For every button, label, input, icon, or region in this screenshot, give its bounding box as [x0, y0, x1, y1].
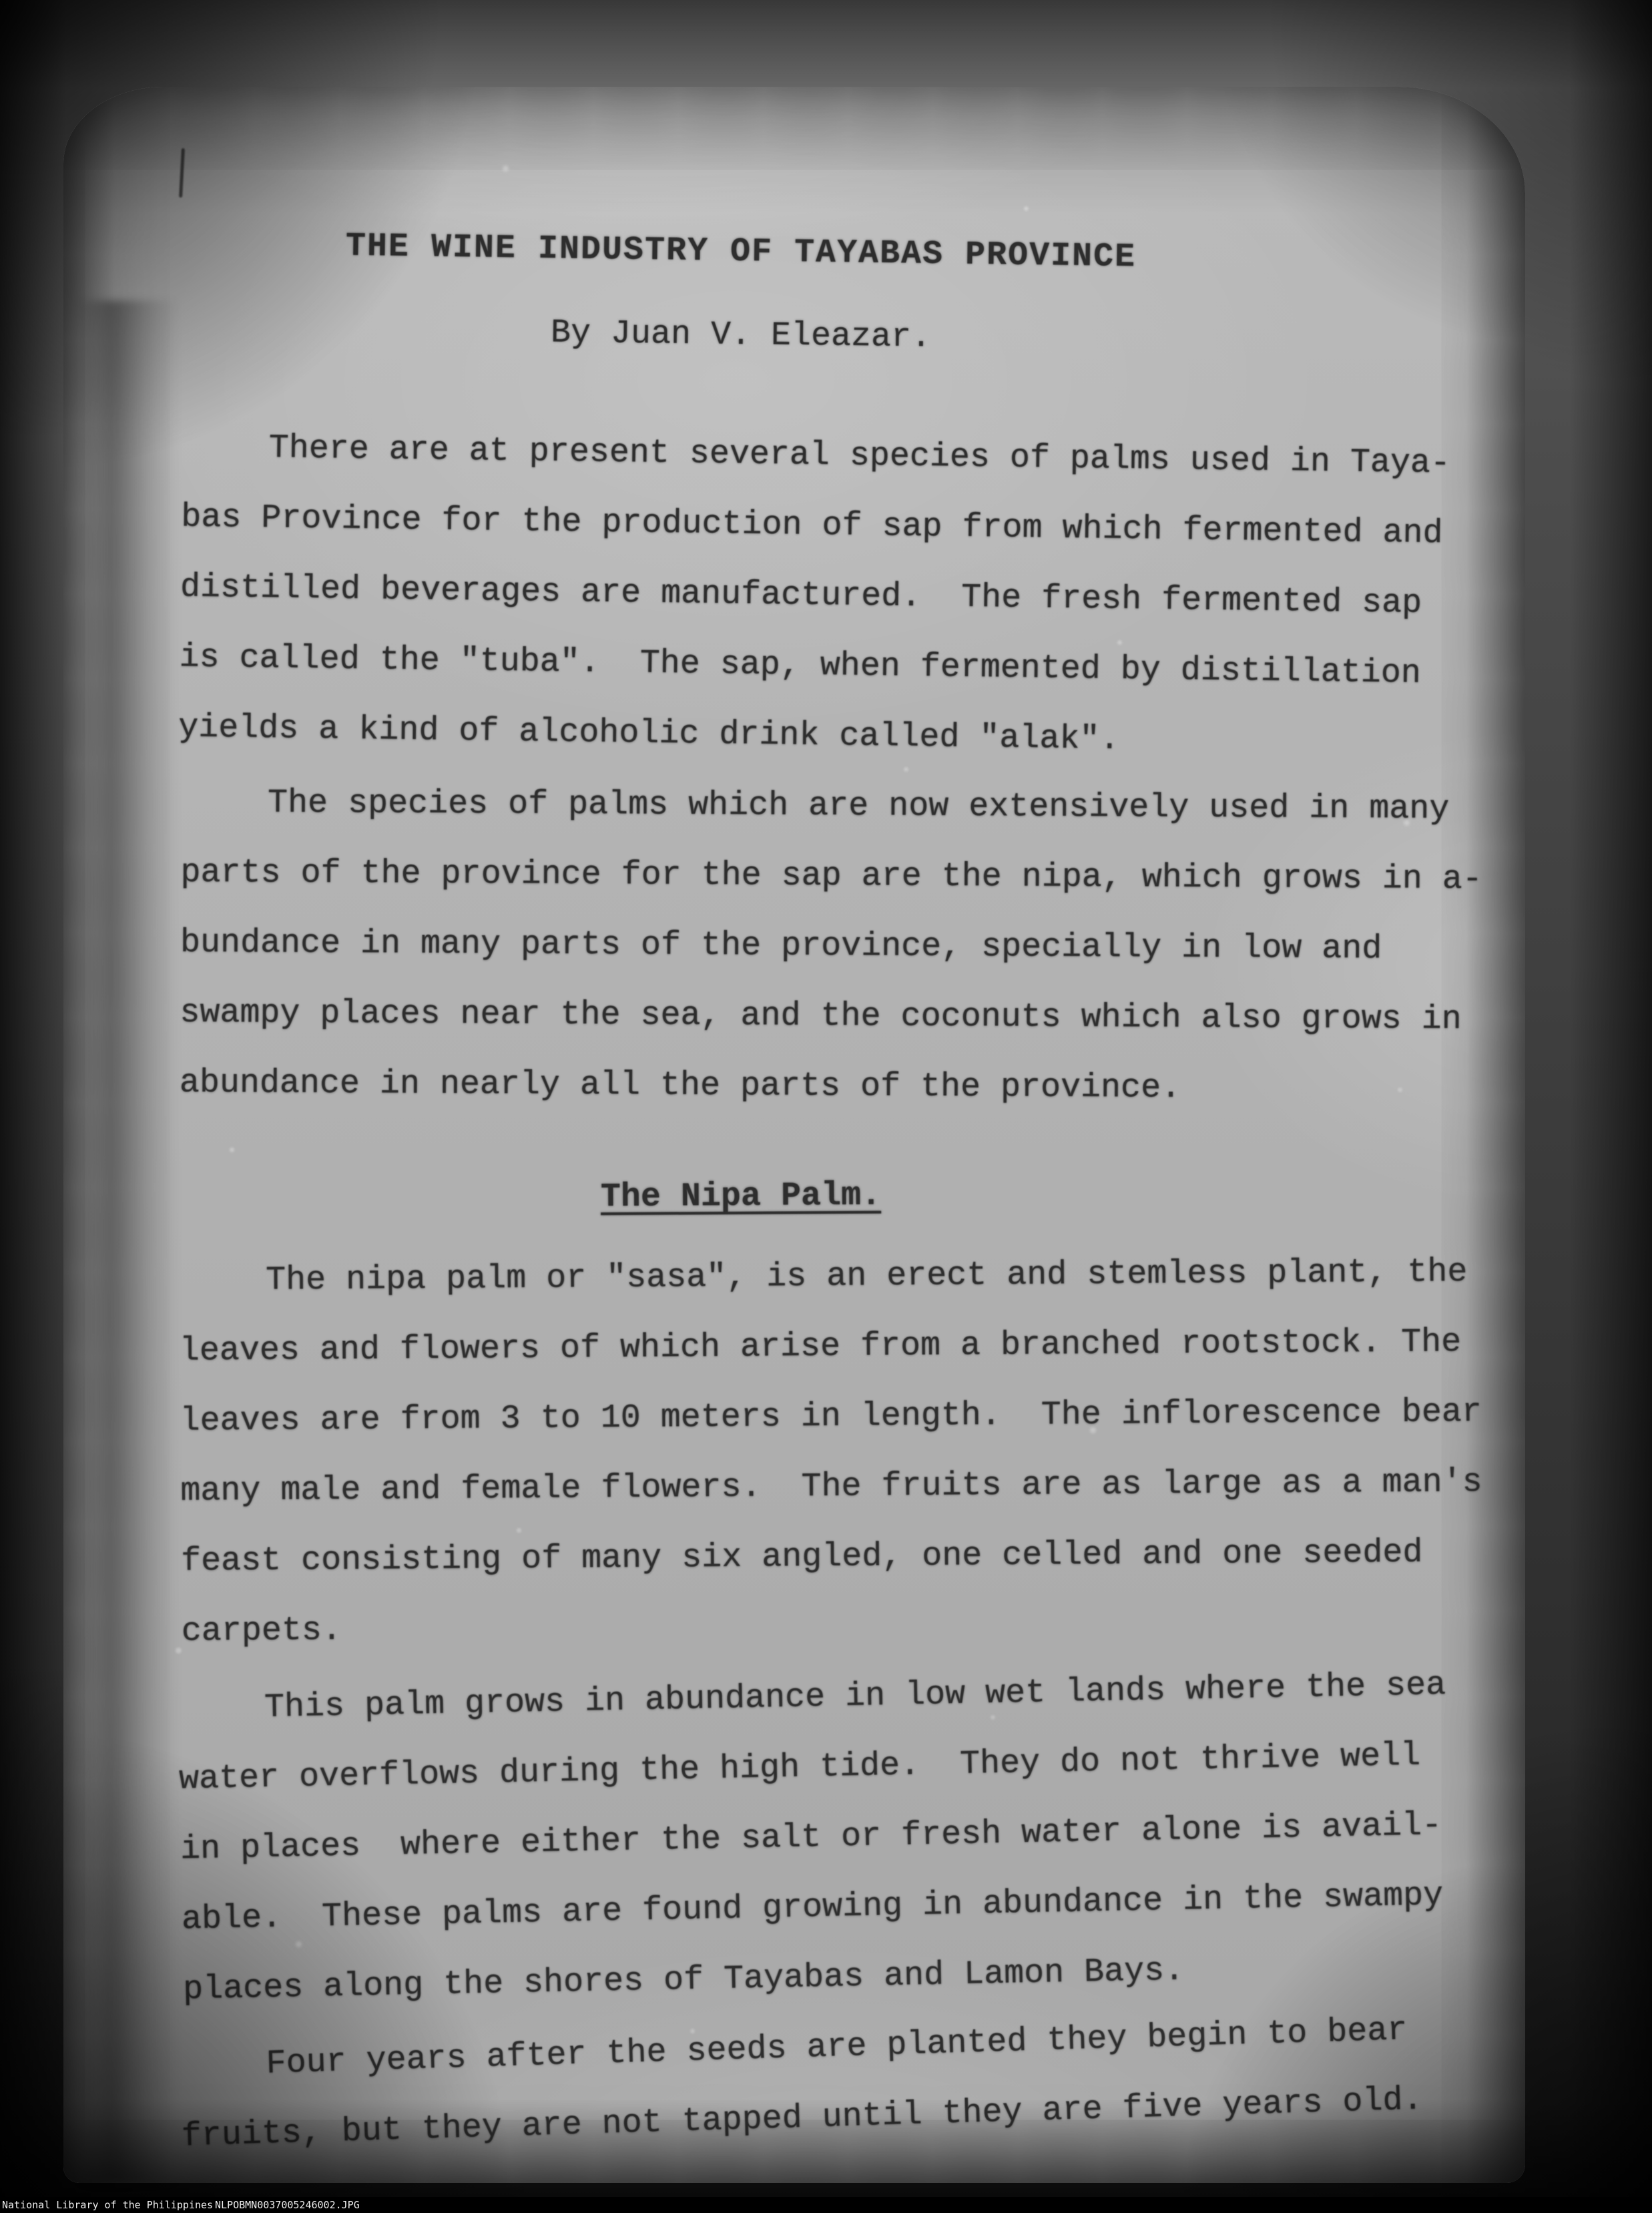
document-title: THE WINE INDUSTRY OF TAYABAS PROVINCE [99, 208, 1382, 296]
footer-filename: NLPOBMN0037005246002.JPG [215, 2197, 360, 2213]
text-line: The nipa palm or "sasa", is an erect and… [179, 1237, 1461, 1316]
text-line: parts of the province for the sap are th… [180, 838, 1462, 915]
paragraph-2: The species of palms which are now exten… [180, 768, 1463, 1125]
text-line: swampy places near the sea, and the coco… [180, 978, 1462, 1055]
paragraph-1: There are at present several species of … [178, 412, 1464, 779]
footer-library: National Library of the Philippines [2, 2197, 213, 2213]
text-line: abundance in nearly all the parts of the… [180, 1048, 1462, 1125]
text-line: The species of palms which are now exten… [181, 768, 1463, 844]
text-line: bundance in many parts of the province, … [180, 908, 1462, 985]
section-heading: The Nipa Palm. [100, 1158, 1382, 1236]
text-line: leaves and flowers of which arise from a… [180, 1307, 1462, 1386]
scanned-page: THE WINE INDUSTRY OF TAYABAS PROVINCE By… [0, 0, 1652, 2213]
document-text: THE WINE INDUSTRY OF TAYABAS PROVINCE By… [63, 87, 1525, 2183]
paper-page: THE WINE INDUSTRY OF TAYABAS PROVINCE By… [63, 87, 1525, 2183]
text-line: many male and female flowers. The fruits… [180, 1447, 1462, 1526]
text-line: feast consisting of many six angled, one… [181, 1517, 1463, 1596]
document-byline: By Juan V. Eleazar. [99, 292, 1382, 378]
paragraph-3: The nipa palm or "sasa", is an erect and… [179, 1237, 1463, 1666]
text-line: leaves are from 3 to 10 meters in length… [180, 1377, 1462, 1456]
footer-bar: National Library of the Philippines NLPO… [0, 2197, 1652, 2213]
paragraph-4: This palm grows in abundance in low wet … [177, 1650, 1465, 2025]
